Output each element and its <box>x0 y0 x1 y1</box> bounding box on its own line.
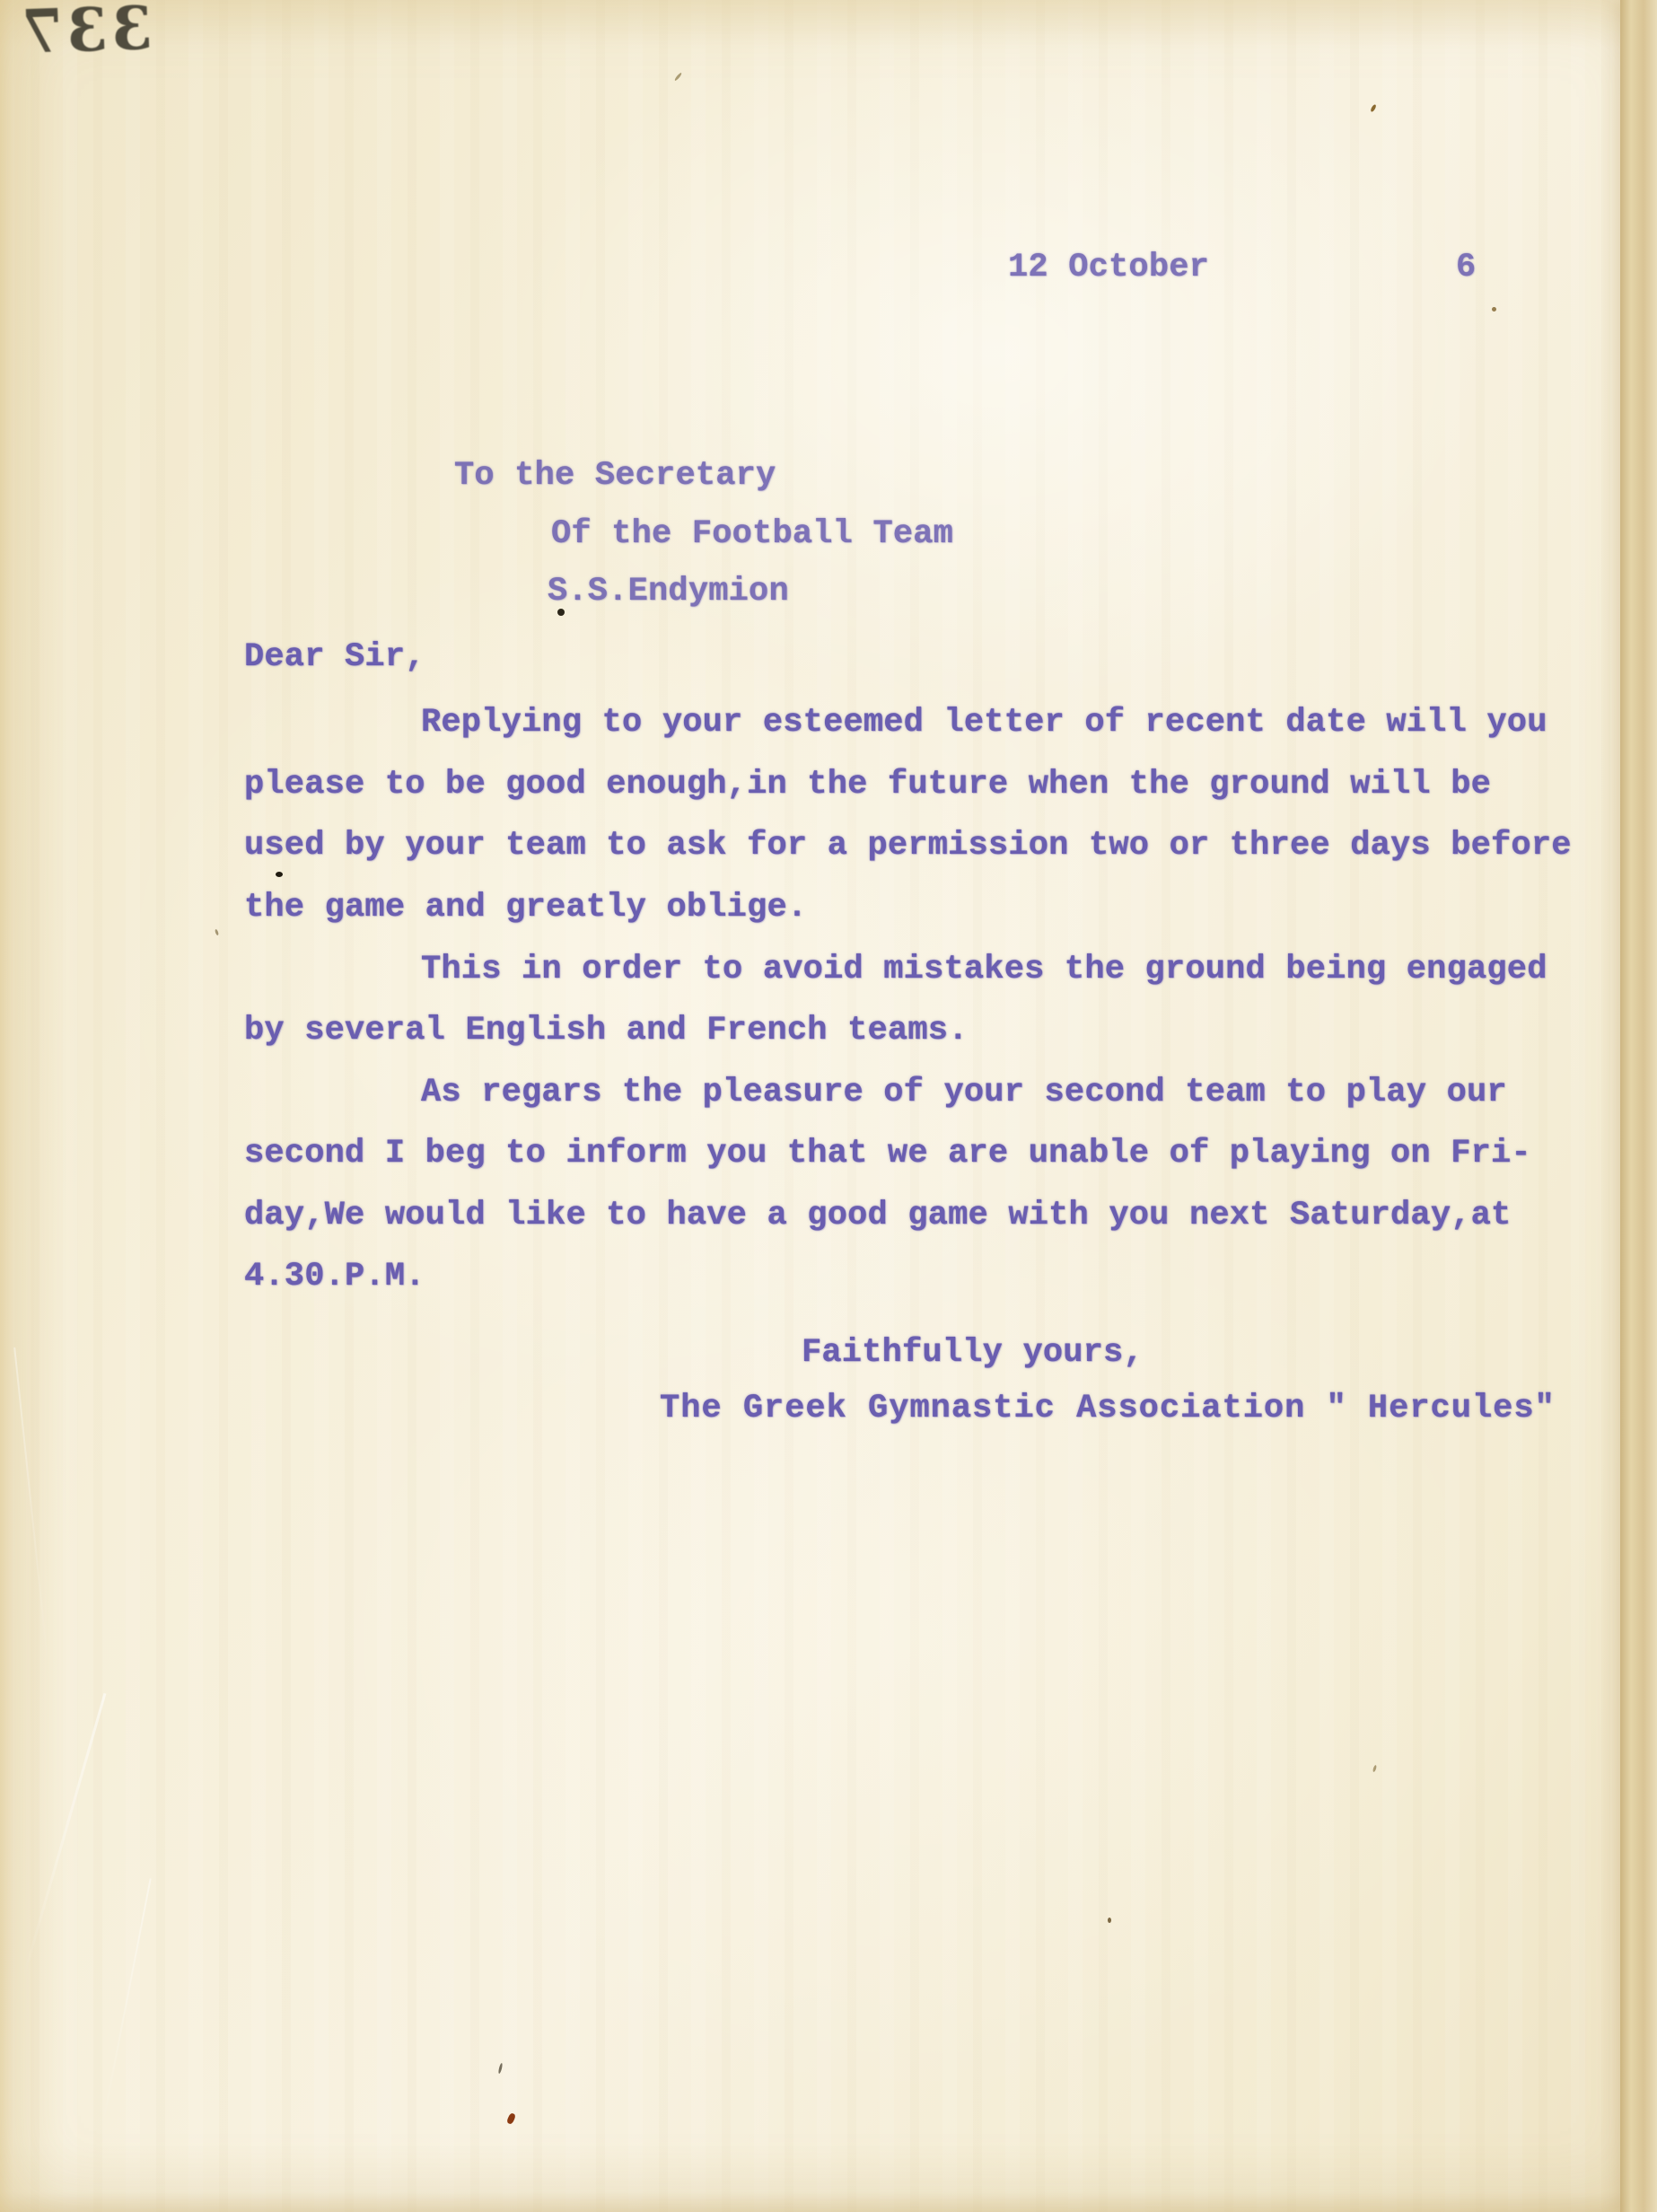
body-line-7: As regars the pleasure of your second te… <box>421 1074 1507 1111</box>
salutation: Dear Sir, <box>244 638 425 676</box>
recipient-line-2: Of the Football Team <box>551 515 953 553</box>
recipient-line-3: S.S.Endymion <box>548 573 789 610</box>
body-line-6: by several English and French teams. <box>244 1012 969 1049</box>
letter-page: 337 12 October 6 To the Secretary Of the… <box>0 0 1657 2212</box>
paper-speck <box>674 72 682 81</box>
paper-speck <box>1370 104 1377 113</box>
body-line-5: This in order to avoid mistakes the grou… <box>421 951 1547 988</box>
body-line-1: Replying to your esteemed letter of rece… <box>421 704 1547 742</box>
paper-curled-edge <box>1620 0 1657 2212</box>
recipient-line-1: To the Secretary <box>454 457 776 495</box>
paper-crease <box>22 1693 107 1979</box>
paper-crease <box>13 1347 49 1669</box>
body-line-3: used by your team to ask for a permissio… <box>244 827 1572 865</box>
paper-speck <box>1492 307 1496 312</box>
paper-speck <box>498 2063 504 2074</box>
archive-number-mirrored: 337 <box>17 0 153 67</box>
body-line-8: second I beg to inform you that we are u… <box>244 1135 1531 1172</box>
date-line: 12 October <box>1008 249 1209 286</box>
body-line-4: the game and greatly oblige. <box>244 889 807 926</box>
paper-speck <box>1372 1765 1377 1773</box>
body-line-10: 4.30.P.M. <box>244 1258 425 1295</box>
paper-speck <box>506 2112 516 2125</box>
paper-crease <box>101 1878 151 2125</box>
paper-speck <box>276 872 283 877</box>
signature-line: The Greek Gymnastic Association " Hercul… <box>660 1390 1556 1427</box>
body-line-9: day,We would like to have a good game wi… <box>244 1197 1511 1234</box>
body-line-2: please to be good enough,in the future w… <box>244 766 1491 803</box>
page-number: 6 <box>1456 249 1476 286</box>
paper-speck <box>1108 1918 1111 1923</box>
paper-speck <box>215 929 219 936</box>
paper-speck <box>557 609 565 616</box>
closing-line: Faithfully yours, <box>802 1334 1144 1372</box>
